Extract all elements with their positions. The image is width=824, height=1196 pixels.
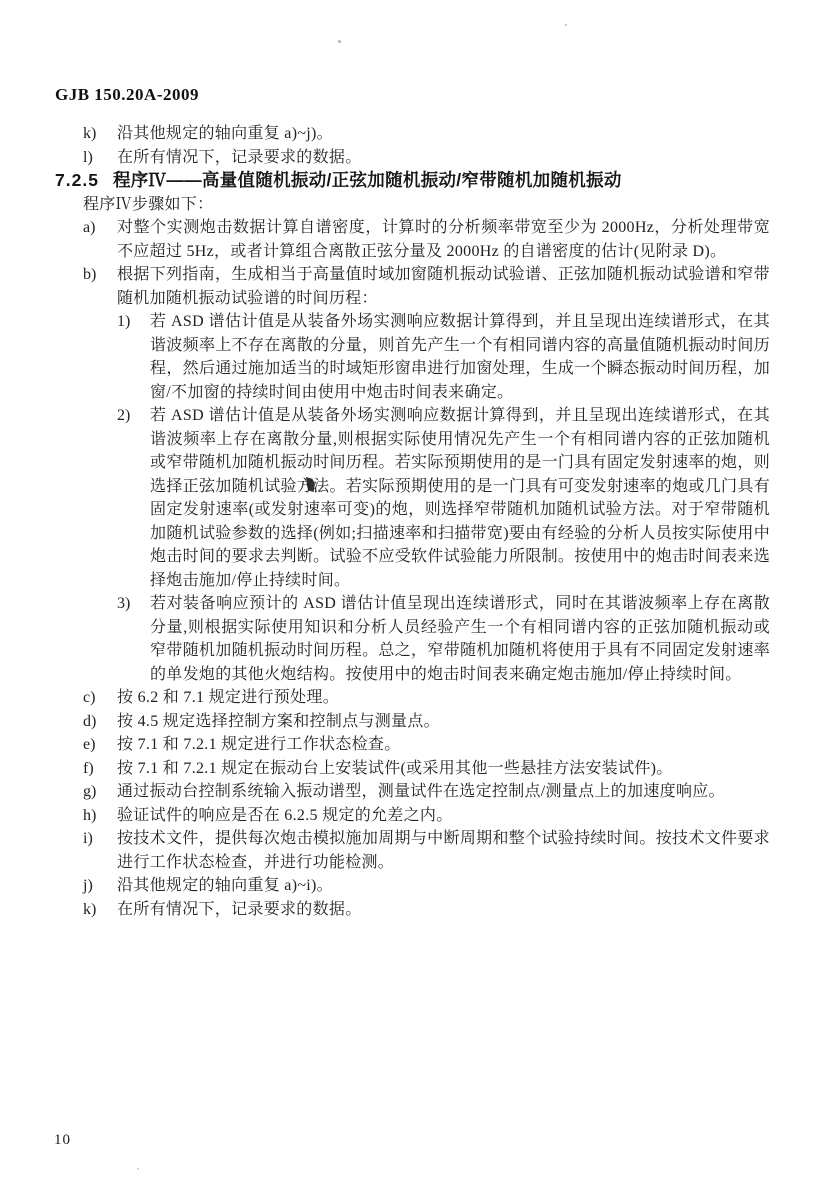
item-text: 按 7.1 和 7.2.1 规定在振动台上安装试件(或采用其他一些悬挂方法安装试… xyxy=(117,760,673,777)
item-text: 沿其他规定的轴向重复 a)~j)。 xyxy=(117,125,333,142)
sub-list-item: 3) 若对装备响应预计的 ASD 谱估计值呈现出连续谱形式，同时在其谐波频率上存… xyxy=(117,592,770,686)
list-item: b) 根据下列指南，生成相当于高量值时域加窗随机振动试验谱、正弦加随机振动试验谱… xyxy=(83,263,770,686)
item-label: j) xyxy=(83,874,93,898)
sub-list-item: 2) 若 ASD 谱估计值是从装备外场实测响应数据计算得到，并且呈现出连续谱形式… xyxy=(117,404,770,592)
list-item: a) 对整个实测炮击数据计算自谱密度，计算时的分析频率带宽至少为 2000Hz，… xyxy=(83,216,770,263)
item-text: 根据下列指南，生成相当于高量值时域加窗随机振动试验谱、正弦加随机振动试验谱和窄带… xyxy=(117,266,770,307)
list-item: h) 验证试件的响应是否在 6.2.5 规定的允差之内。 xyxy=(83,804,770,828)
page-number: 10 xyxy=(54,1132,71,1149)
sub-list-item: 1) 若 ASD 谱估计值是从装备外场实测响应数据计算得到，并且呈现出连续谱形式… xyxy=(117,310,770,404)
item-text: 对整个实测炮击数据计算自谱密度，计算时的分析频率带宽至少为 2000Hz，分析处… xyxy=(117,219,770,260)
item-label: l) xyxy=(83,146,93,170)
item-text: 在所有情况下，记录要求的数据。 xyxy=(117,901,362,918)
list-item: f) 按 7.1 和 7.2.1 规定在振动台上安装试件(或采用其他一些悬挂方法… xyxy=(83,757,770,781)
sub-item-text: 若 ASD 谱估计值是从装备外场实测响应数据计算得到，并且呈现出连续谱形式，在其… xyxy=(150,313,770,401)
sub-item-label: 3) xyxy=(117,592,130,616)
item-text: 按 6.2 和 7.1 规定进行预处理。 xyxy=(117,689,339,706)
document-page: GJB 150.20A-2009 k) 沿其他规定的轴向重复 a)~j)。 l)… xyxy=(0,0,824,1196)
section-number: 7.2.5 xyxy=(55,170,99,190)
item-label: h) xyxy=(83,804,96,828)
item-label: a) xyxy=(83,216,95,240)
list-item: l) 在所有情况下，记录要求的数据。 xyxy=(83,146,770,170)
scan-speck xyxy=(565,24,567,26)
section-heading: 7.2.5程序Ⅳ——高量值随机振动/正弦加随机振动/窄带随机加随机振动 xyxy=(55,169,770,193)
item-label: c) xyxy=(83,686,95,710)
item-label: b) xyxy=(83,263,96,287)
doc-number: GJB 150.20A-2009 xyxy=(55,85,199,105)
item-text: 通过振动台控制系统输入振动谱型，测量试件在选定控制点/测量点上的加速度响应。 xyxy=(117,783,725,800)
item-text: 按技术文件，提供每次炮击模拟施加周期与中断周期和整个试验持续时间。按技术文件要求… xyxy=(117,830,770,871)
previous-steps-list: k) 沿其他规定的轴向重复 a)~j)。 l) 在所有情况下，记录要求的数据。 xyxy=(83,122,770,169)
list-item: j) 沿其他规定的轴向重复 a)~i)。 xyxy=(83,874,770,898)
scan-speck xyxy=(338,40,341,43)
item-text: 验证试件的响应是否在 6.2.5 规定的允差之内。 xyxy=(117,807,453,824)
list-item: k) 在所有情况下，记录要求的数据。 xyxy=(83,898,770,922)
item-text: 按 7.1 和 7.2.1 规定进行工作状态检查。 xyxy=(117,736,401,753)
sub-item-text: 若对装备响应预计的 ASD 谱估计值呈现出连续谱形式，同时在其谐波频率上存在离散… xyxy=(150,595,770,683)
item-label: i) xyxy=(83,827,93,851)
item-label: d) xyxy=(83,710,96,734)
item-label: e) xyxy=(83,733,95,757)
list-item: g) 通过振动台控制系统输入振动谱型，测量试件在选定控制点/测量点上的加速度响应… xyxy=(83,780,770,804)
list-item: k) 沿其他规定的轴向重复 a)~j)。 xyxy=(83,122,770,146)
list-item: d) 按 4.5 规定选择控制方案和控制点与测量点。 xyxy=(83,710,770,734)
item-text: 按 4.5 规定选择控制方案和控制点与测量点。 xyxy=(117,713,440,730)
scan-speck xyxy=(137,1168,139,1170)
item-text: 在所有情况下，记录要求的数据。 xyxy=(117,149,362,166)
section-title: 程序Ⅳ——高量值随机振动/正弦加随机振动/窄带随机加随机振动 xyxy=(113,170,622,190)
procedure-steps-list: a) 对整个实测炮击数据计算自谱密度，计算时的分析频率带宽至少为 2000Hz，… xyxy=(83,216,770,921)
list-item: e) 按 7.1 和 7.2.1 规定进行工作状态检查。 xyxy=(83,733,770,757)
list-item: c) 按 6.2 和 7.1 规定进行预处理。 xyxy=(83,686,770,710)
item-label: g) xyxy=(83,780,96,804)
item-label: k) xyxy=(83,122,96,146)
procedure-intro: 程序Ⅳ步骤如下： xyxy=(83,193,770,217)
page-body: k) 沿其他规定的轴向重复 a)~j)。 l) 在所有情况下，记录要求的数据。 … xyxy=(0,122,824,921)
item-label: k) xyxy=(83,898,96,922)
sub-item-label: 2) xyxy=(117,404,130,428)
sub-item-label: 1) xyxy=(117,310,130,334)
list-item: i) 按技术文件，提供每次炮击模拟施加周期与中断周期和整个试验持续时间。按技术文… xyxy=(83,827,770,874)
sub-item-text: 若 ASD 谱估计值是从装备外场实测响应数据计算得到，并且呈现出连续谱形式，在其… xyxy=(150,407,770,589)
item-label: f) xyxy=(83,757,94,781)
item-text: 沿其他规定的轴向重复 a)~i)。 xyxy=(117,877,333,894)
